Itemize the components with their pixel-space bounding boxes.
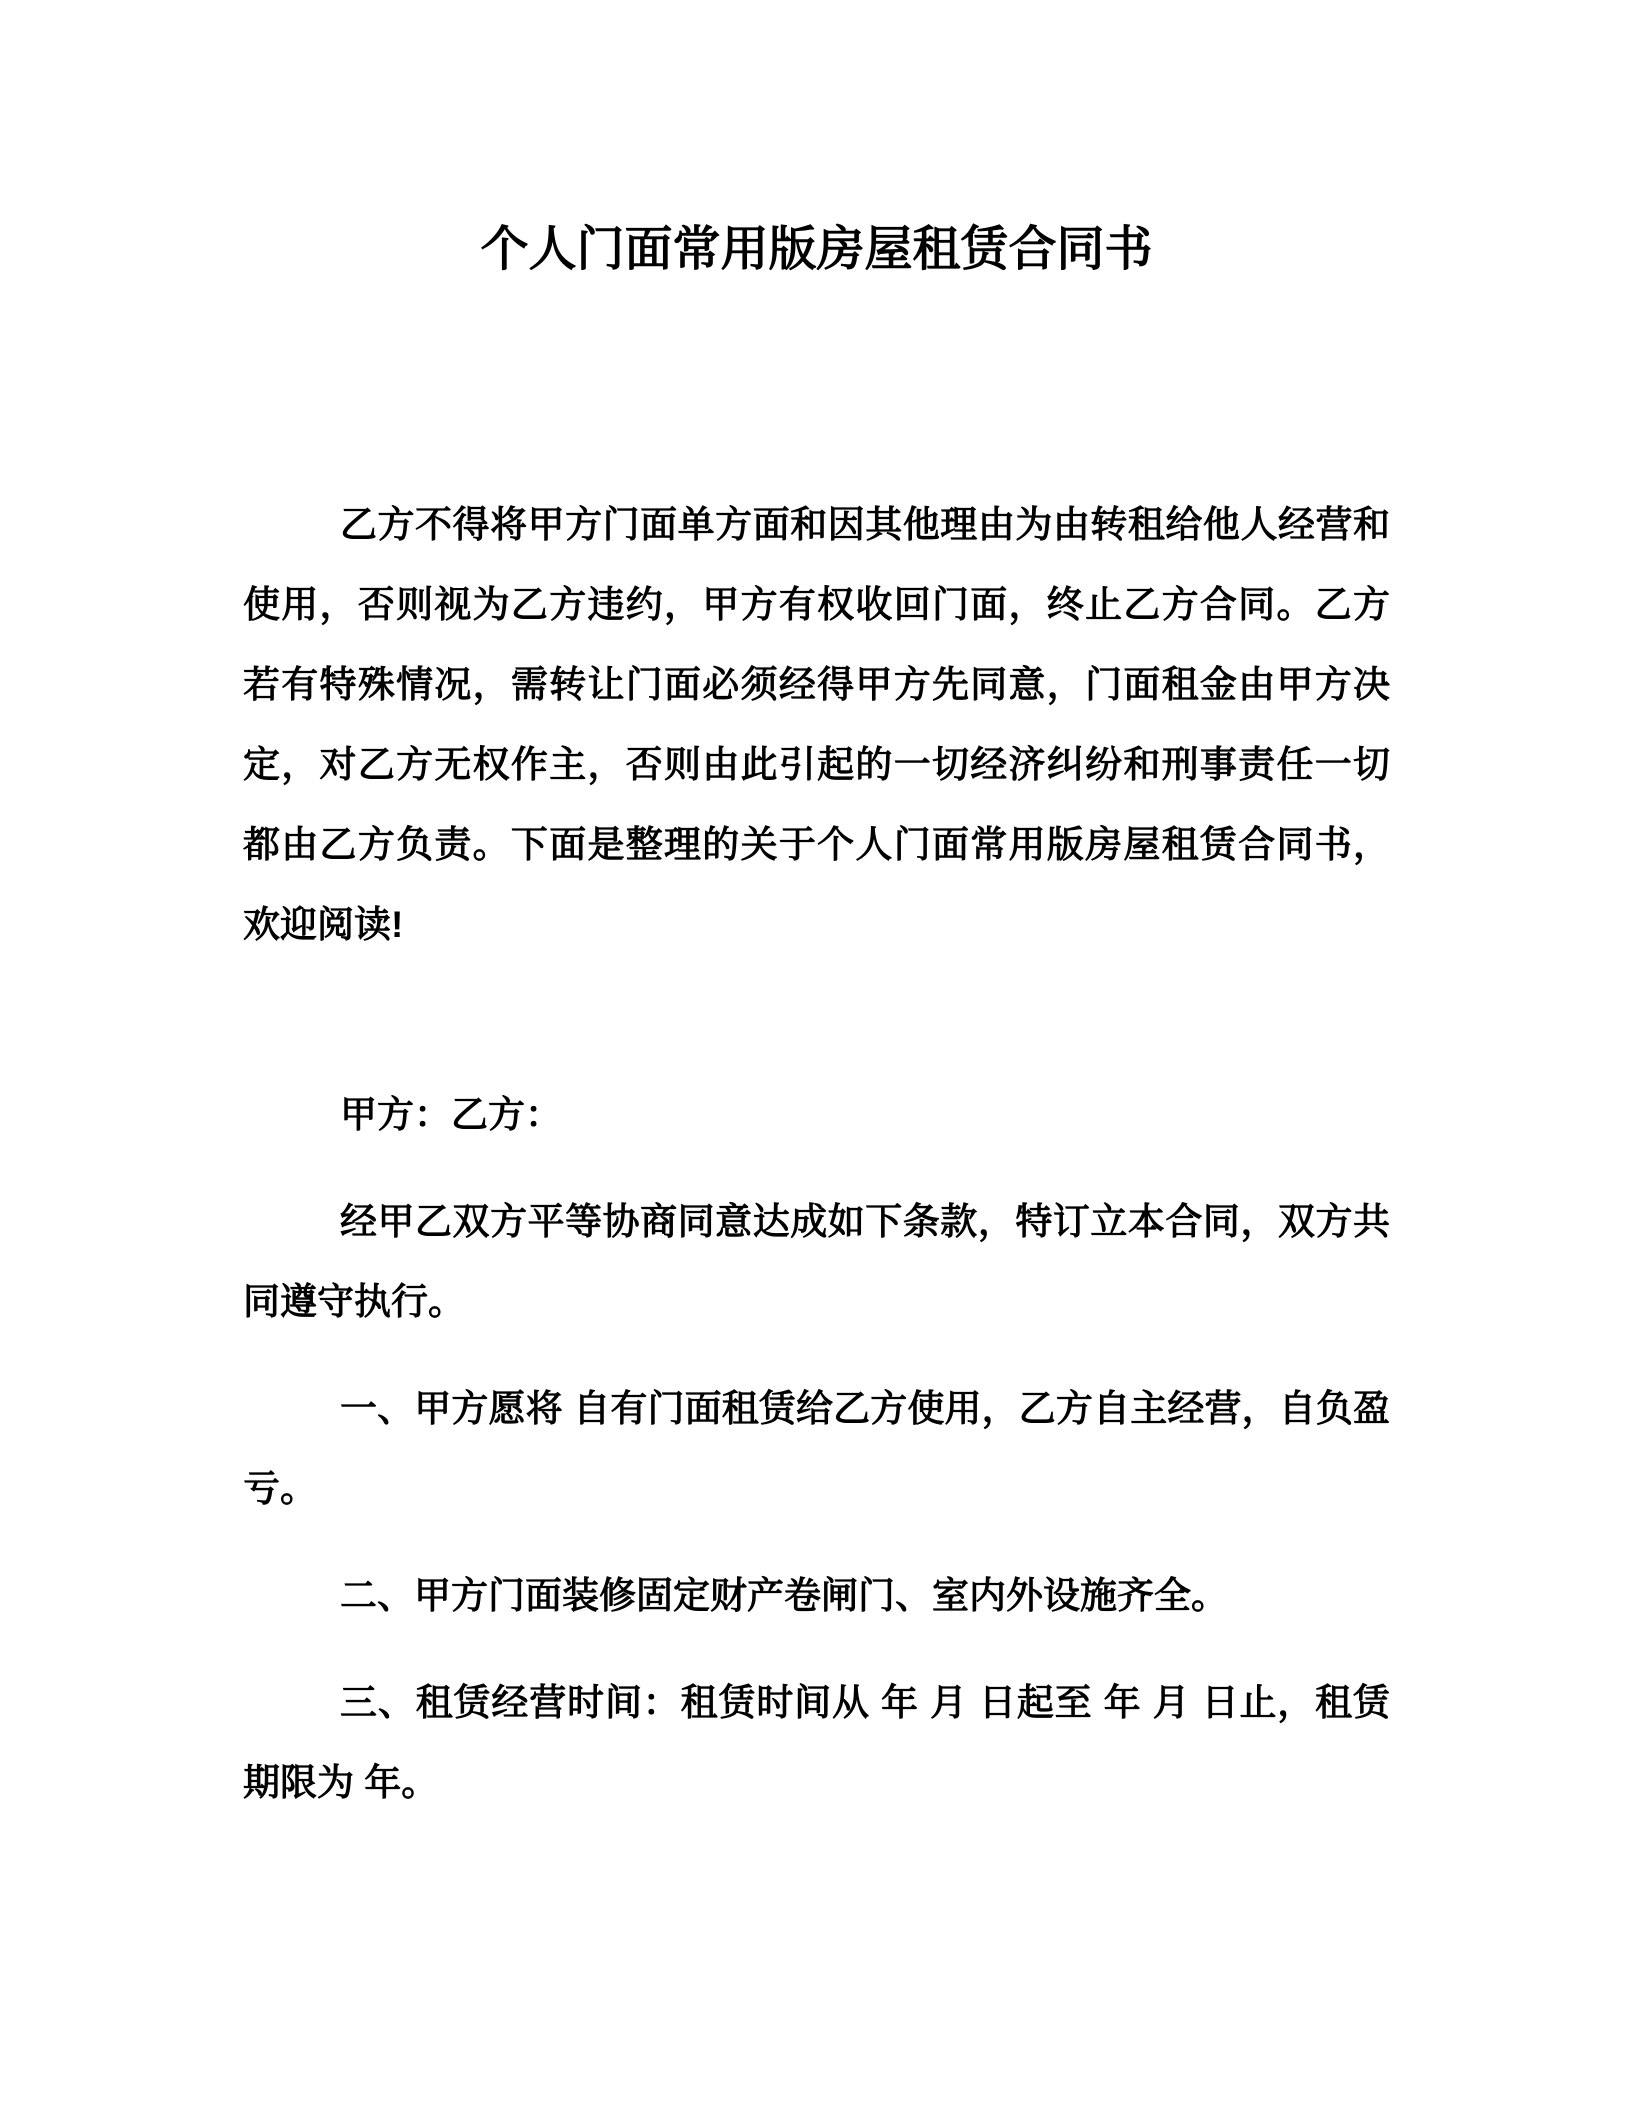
text-line: 期限为 年。 [243,1743,1390,1823]
paragraph-clause-3: 三、租赁经营时间：租赁时间从 年 月 日起至 年 月 日止，租赁 期限为 年。 [243,1663,1390,1823]
document-page: 个人门面常用版房屋租赁合同书 乙方不得将甲方门面单方面和因其他理由为由转租给他人… [0,0,1632,2112]
paragraph-intro: 乙方不得将甲方门面单方面和因其他理由为由转租给他人经营和 使用，否则视为乙方违约… [243,485,1390,965]
text-line: 同遵守执行。 [243,1262,1390,1342]
text-line: 二、甲方门面装修固定财产卷闸门、室内外设施齐全。 [243,1556,1390,1636]
text-line: 都由乙方负责。下面是整理的关于个人门面常用版房屋租赁合同书， [243,805,1390,885]
document-title: 个人门面常用版房屋租赁合同书 [243,210,1390,290]
text-line: 若有特殊情况，需转让门面必须经得甲方先同意，门面租金由甲方决 [243,645,1390,725]
text-line: 三、租赁经营时间：租赁时间从 年 月 日起至 年 月 日止，租赁 [243,1663,1390,1743]
text-line: 欢迎阅读! [243,885,1390,965]
text-line: 定，对乙方无权作主，否则由此引起的一切经济纠纷和刑事责任一切 [243,725,1390,805]
text-line: 一、甲方愿将 自有门面租赁给乙方使用，乙方自主经营，自负盈 [243,1369,1390,1449]
paragraph-clause-1: 一、甲方愿将 自有门面租赁给乙方使用，乙方自主经营，自负盈 亏。 [243,1369,1390,1529]
text-line: 使用，否则视为乙方违约，甲方有权收回门面，终止乙方合同。乙方 [243,565,1390,645]
text-line: 经甲乙双方平等协商同意达成如下条款，特订立本合同，双方共 [243,1182,1390,1262]
text-line: 甲方：乙方： [243,1075,1390,1155]
paragraph-parties: 甲方：乙方： [243,1075,1390,1155]
paragraph-clause-2: 二、甲方门面装修固定财产卷闸门、室内外设施齐全。 [243,1556,1390,1636]
text-line: 亏。 [243,1449,1390,1529]
paragraph-agreement: 经甲乙双方平等协商同意达成如下条款，特订立本合同，双方共 同遵守执行。 [243,1182,1390,1342]
text-line: 乙方不得将甲方门面单方面和因其他理由为由转租给他人经营和 [243,485,1390,565]
